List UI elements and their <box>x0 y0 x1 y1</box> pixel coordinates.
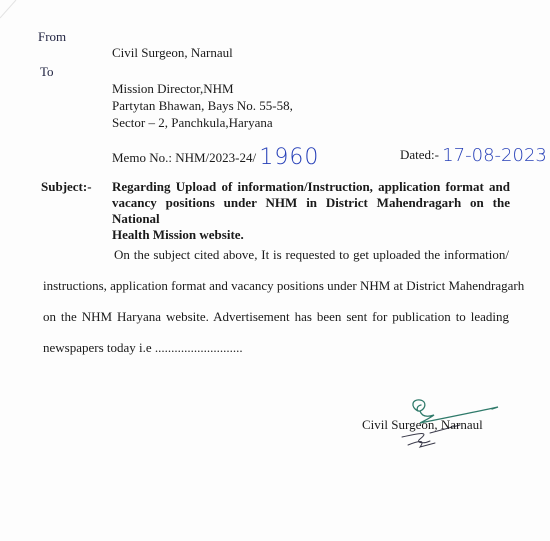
subject-line: Regarding Upload of information/Instruct… <box>112 179 510 195</box>
from-address: Civil Surgeon, Narnaul <box>112 45 233 61</box>
to-label: To <box>40 64 54 80</box>
to-address: Mission Director,NHM Partytan Bhawan, Ba… <box>112 80 293 131</box>
from-label: From <box>38 29 66 45</box>
page-corner-fold <box>0 0 20 20</box>
letter-page: From Civil Surgeon, Narnaul To Mission D… <box>0 0 550 541</box>
date-handwritten: 17-08-2023 <box>442 145 547 166</box>
subject-text: Regarding Upload of information/Instruct… <box>112 179 510 243</box>
subject-label: Subject:- <box>41 179 92 195</box>
to-address-line: Sector – 2, Panchkula,Haryana <box>112 114 293 131</box>
body-paragraph: On the subject cited above, It is reques… <box>43 239 509 363</box>
body-line: newspapers today i.e ...................… <box>43 332 509 363</box>
memo-number: Memo No.: NHM/2023-24/ 1960 <box>112 143 319 168</box>
dated-label: Dated:- <box>400 147 439 162</box>
body-line: instructions, application format and vac… <box>43 270 509 301</box>
body-line: On the subject cited above, It is reques… <box>43 239 509 270</box>
to-address-line: Mission Director,NHM <box>112 80 293 97</box>
to-address-line: Partytan Bhawan, Bays No. 55-58, <box>112 97 293 114</box>
body-line: on the NHM Haryana website. Advertisemen… <box>43 301 509 332</box>
subject-line: vacancy positions under NHM in District … <box>112 195 510 227</box>
memo-number-handwritten: 1960 <box>259 145 319 170</box>
dated: Dated:- 17-08-2023 <box>400 143 547 164</box>
signatory: Civil Surgeon, Narnaul <box>362 417 483 433</box>
memo-label: Memo No.: NHM/2023-24/ <box>112 150 256 165</box>
